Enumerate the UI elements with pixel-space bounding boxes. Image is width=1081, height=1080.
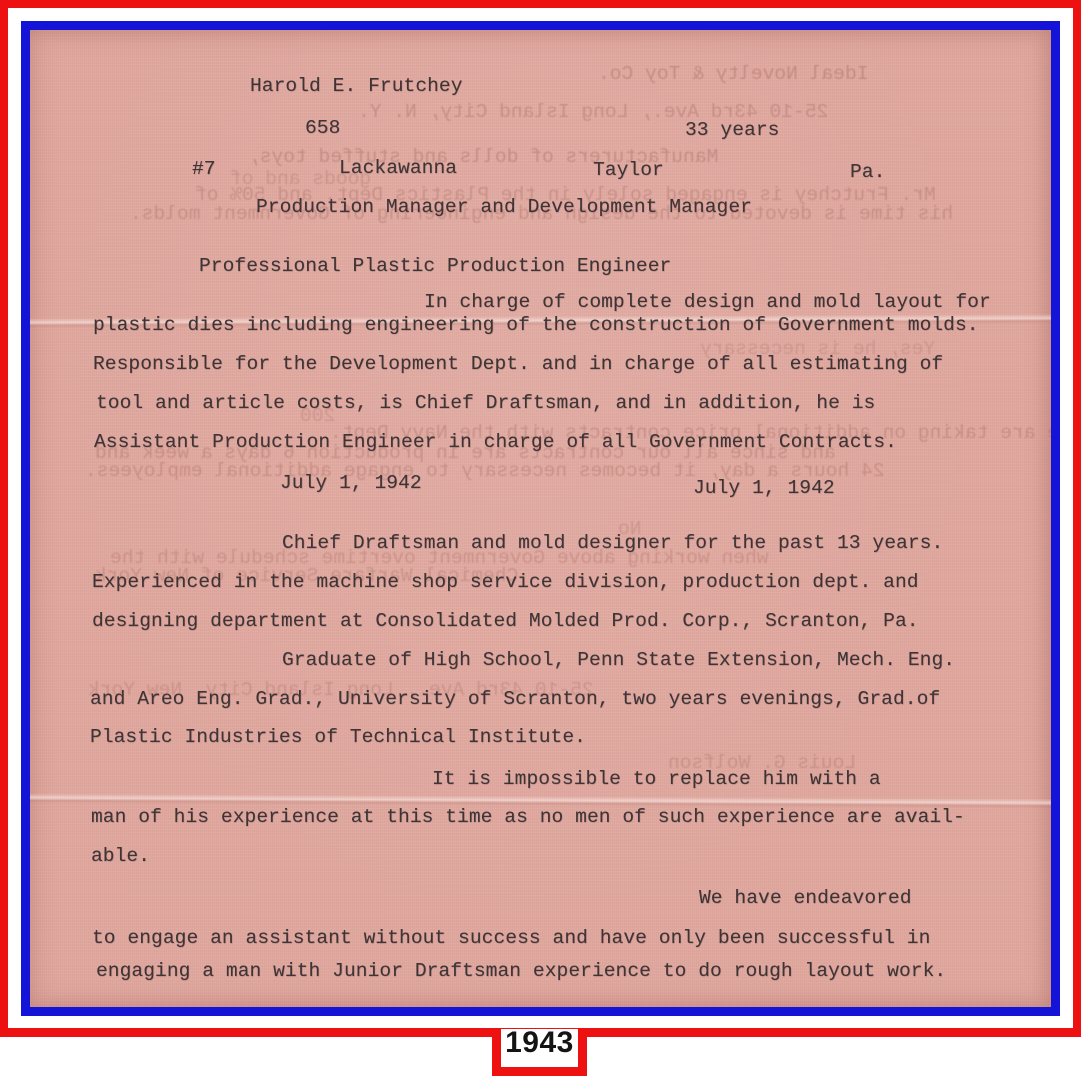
typewritten-line: Assistant Production Engineer in charge …	[94, 431, 897, 454]
typewritten-line: engaging a man with Junior Draftsman exp…	[96, 960, 946, 983]
typewritten-line: Production Manager and Development Manag…	[256, 196, 752, 219]
typewritten-line: Responsible for the Development Dept. an…	[93, 353, 943, 376]
typewritten-line: Graduate of High School, Penn State Exte…	[282, 649, 955, 672]
typewritten-line: #7	[192, 158, 216, 181]
typewritten-line: Taylor	[593, 159, 664, 182]
typewritten-line: and Areo Eng. Grad., University of Scran…	[90, 688, 940, 711]
typewritten-line: 658	[305, 117, 340, 140]
bleedthrough-line: Ideal Novelty & Toy Co.	[598, 63, 868, 86]
typewritten-line: able.	[91, 845, 150, 868]
typewritten-line: Pa.	[850, 161, 885, 184]
typewritten-line: July 1, 1942	[280, 472, 422, 495]
framed-document-photo: Ideal Novelty & Toy Co.25-10 43rd Ave., …	[0, 0, 1081, 1080]
typewritten-line: Experienced in the machine shop service …	[92, 571, 919, 594]
typewritten-line: We have endeavored	[699, 887, 912, 910]
typewritten-line: July 1, 1942	[693, 477, 835, 500]
typewritten-line: man of his experience at this time as no…	[91, 806, 965, 829]
typewritten-line: to engage an assistant without success a…	[92, 927, 930, 950]
typewritten-line: Lackawanna	[339, 157, 457, 180]
typewritten-line: It is impossible to replace him with a	[432, 768, 881, 791]
typewritten-line: Professional Plastic Production Engineer	[199, 255, 671, 278]
typewritten-line: Harold E. Frutchey	[250, 75, 463, 98]
typewritten-line: plastic dies including engineering of th…	[93, 314, 979, 337]
typewritten-line: In charge of complete design and mold la…	[424, 291, 991, 314]
year-tab: 1943	[492, 1029, 587, 1076]
typewritten-line: designing department at Consolidated Mol…	[92, 610, 919, 633]
typewritten-line: Plastic Industries of Technical Institut…	[90, 726, 586, 749]
typewritten-line: 33 years	[685, 119, 779, 142]
typewritten-line: Chief Draftsman and mold designer for th…	[282, 532, 943, 555]
year-label: 1943	[505, 1029, 574, 1057]
typewritten-line: tool and article costs, is Chief Draftsm…	[96, 392, 875, 415]
document-paper: Ideal Novelty & Toy Co.25-10 43rd Ave., …	[30, 30, 1051, 1007]
